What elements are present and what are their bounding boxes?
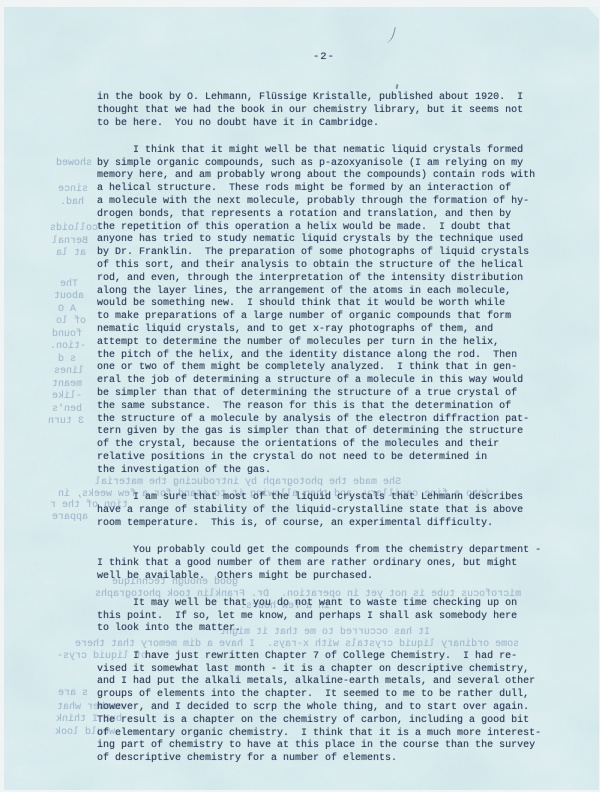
text-line: I have just rewritten Chapter 7 of Colle… (97, 651, 557, 664)
text-line: the pitch of the helix, and the identity… (97, 350, 557, 363)
text-line: of this sort, and their analysis to obta… (97, 260, 557, 273)
paragraph: You probably could get the compounds fro… (97, 545, 557, 583)
paragraph: It may well be that you do not want to w… (97, 598, 557, 636)
text-line: of descriptive chemistry for a number of… (97, 753, 557, 766)
text-line: attempt to determine the number of molec… (97, 337, 557, 350)
text-line: vised it somewhat last month - it is a c… (97, 664, 557, 677)
text-line: I am sure that most of the liquid crysta… (97, 492, 557, 505)
corner-reflection-icon (587, 7, 600, 20)
text-line: thought that we had the book in our chem… (97, 105, 557, 118)
text-line: groups of elements into the chapter. It … (97, 689, 557, 702)
text-line: You probably could get the compounds fro… (97, 545, 557, 558)
text-line: and I had put the alkali metals, alkalin… (97, 676, 557, 689)
text-line: be simpler than that of determining the … (97, 388, 557, 401)
text-line: to make preparations of a large number o… (97, 311, 557, 324)
paragraph: I think that it might well be that nemat… (97, 145, 557, 478)
text-line: memory here, and am probably wrong about… (97, 170, 557, 183)
text-line: of elementary organic chemistry. I think… (97, 728, 557, 741)
text-line: well be available. Others might be purch… (97, 571, 557, 584)
letter-body: in the book by O. Lehmann, Flüssige Kris… (97, 92, 557, 780)
paragraph: I have just rewritten Chapter 7 of Colle… (97, 651, 557, 766)
text-line: would be something new. I should think t… (97, 298, 557, 311)
text-line: have a range of stability of the liquid-… (97, 505, 557, 518)
text-line: to look into the matter. (97, 623, 557, 636)
text-line: in the book by O. Lehmann, Flüssige Kris… (97, 92, 557, 105)
text-line: anyone has tried to study nematic liquid… (97, 234, 557, 247)
text-line: by simple organic compounds, such as p-a… (97, 158, 557, 171)
text-line: to be here. You no doubt have it in Camb… (97, 118, 557, 131)
text-line: I think that it might well be that nemat… (97, 145, 557, 158)
text-line: drogen bonds, that represents a rotation… (97, 209, 557, 222)
text-line: rod, and even, through the interpretatio… (97, 273, 557, 286)
text-line: the investigation of the gas. (97, 465, 557, 478)
text-line: the same substance. The reason for this … (97, 401, 557, 414)
text-line: nematic liquid crystals, and to get x-ra… (97, 324, 557, 337)
text-line: one or two of them might be completely a… (97, 362, 557, 375)
text-line: a helical structure. These rods might be… (97, 183, 557, 196)
text-line: of the crystal, because the orientations… (97, 439, 557, 452)
text-line: eral the job of determining a structure … (97, 375, 557, 388)
scan-background: { "page": { "number_label": "-2-" }, "co… (0, 0, 600, 792)
text-line: the structure of a molecule by analysis … (97, 414, 557, 427)
text-line: The result is a chapter on the chemistry… (97, 715, 557, 728)
text-line: a molecule with the next molecule, proba… (97, 196, 557, 209)
text-line: It may well be that you do not want to w… (97, 598, 557, 611)
text-line: along the layer lines, the arrangement o… (97, 286, 557, 299)
text-line: however, and I decided to scrp the whole… (97, 702, 557, 715)
text-line: I think that a good number of them are r… (97, 558, 557, 571)
text-line: ing part of chemistry to have at this pl… (97, 740, 557, 753)
paragraph: I am sure that most of the liquid crysta… (97, 492, 557, 530)
text-line: relative positions in the crystal do not… (97, 452, 557, 465)
page-number: -2- (313, 51, 335, 63)
text-line: by Dr. Franklin. The preparation of some… (97, 247, 557, 260)
text-line: room temperature. This is, of course, an… (97, 518, 557, 531)
paragraph: in the book by O. Lehmann, Flüssige Kris… (97, 92, 557, 130)
text-line: this point. If so, let me know, and perh… (97, 611, 557, 624)
text-line: tern given by the gas is simpler than th… (97, 426, 557, 439)
text-line: the repetition of this operation a helix… (97, 222, 557, 235)
